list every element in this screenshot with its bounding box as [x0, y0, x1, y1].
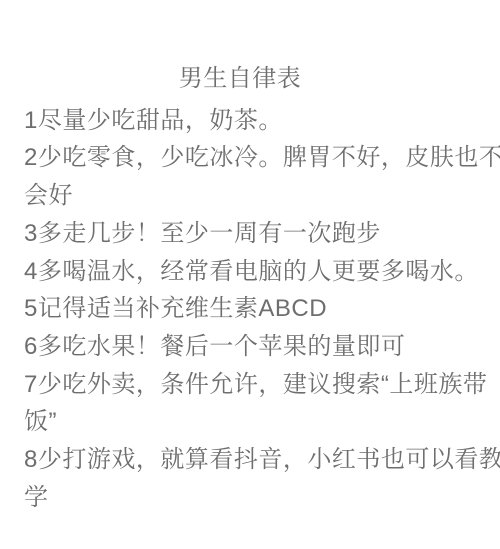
list-item-8-line-2: 学: [24, 479, 480, 517]
page-title: 男生自律表: [24, 60, 480, 98]
list-item-2-line-1: 2少吃零食，少吃冰冷。脾胃不好，皮肤也不: [24, 139, 480, 177]
list-item-1-line-1: 1尽量少吃甜品，奶茶。: [24, 102, 480, 140]
text-block: 男生自律表 1尽量少吃甜品，奶茶。 2少吃零食，少吃冰冷。脾胃不好，皮肤也不 会…: [0, 60, 500, 516]
list-item-3-line-1: 3多走几步！至少一周有一次跑步: [24, 215, 480, 253]
list-item-8-line-1: 8少打游戏，就算看抖音，小红书也可以看教: [24, 441, 480, 479]
list-item-6-line-1: 6多吃水果！餐后一个苹果的量即可: [24, 328, 480, 366]
list-item-4-line-1: 4多喝温水，经常看电脑的人更要多喝水。: [24, 253, 480, 291]
self-discipline-sheet: 男生自律表 1尽量少吃甜品，奶茶。 2少吃零食，少吃冰冷。脾胃不好，皮肤也不 会…: [0, 0, 500, 549]
list-item-7-line-2: 饭”: [24, 403, 480, 441]
list-item-2-line-2: 会好: [24, 177, 480, 215]
list-item-7-line-1: 7少吃外卖，条件允许，建议搜索“上班族带: [24, 366, 480, 404]
list-item-5-line-1: 5记得适当补充维生素ABCD: [24, 290, 480, 328]
